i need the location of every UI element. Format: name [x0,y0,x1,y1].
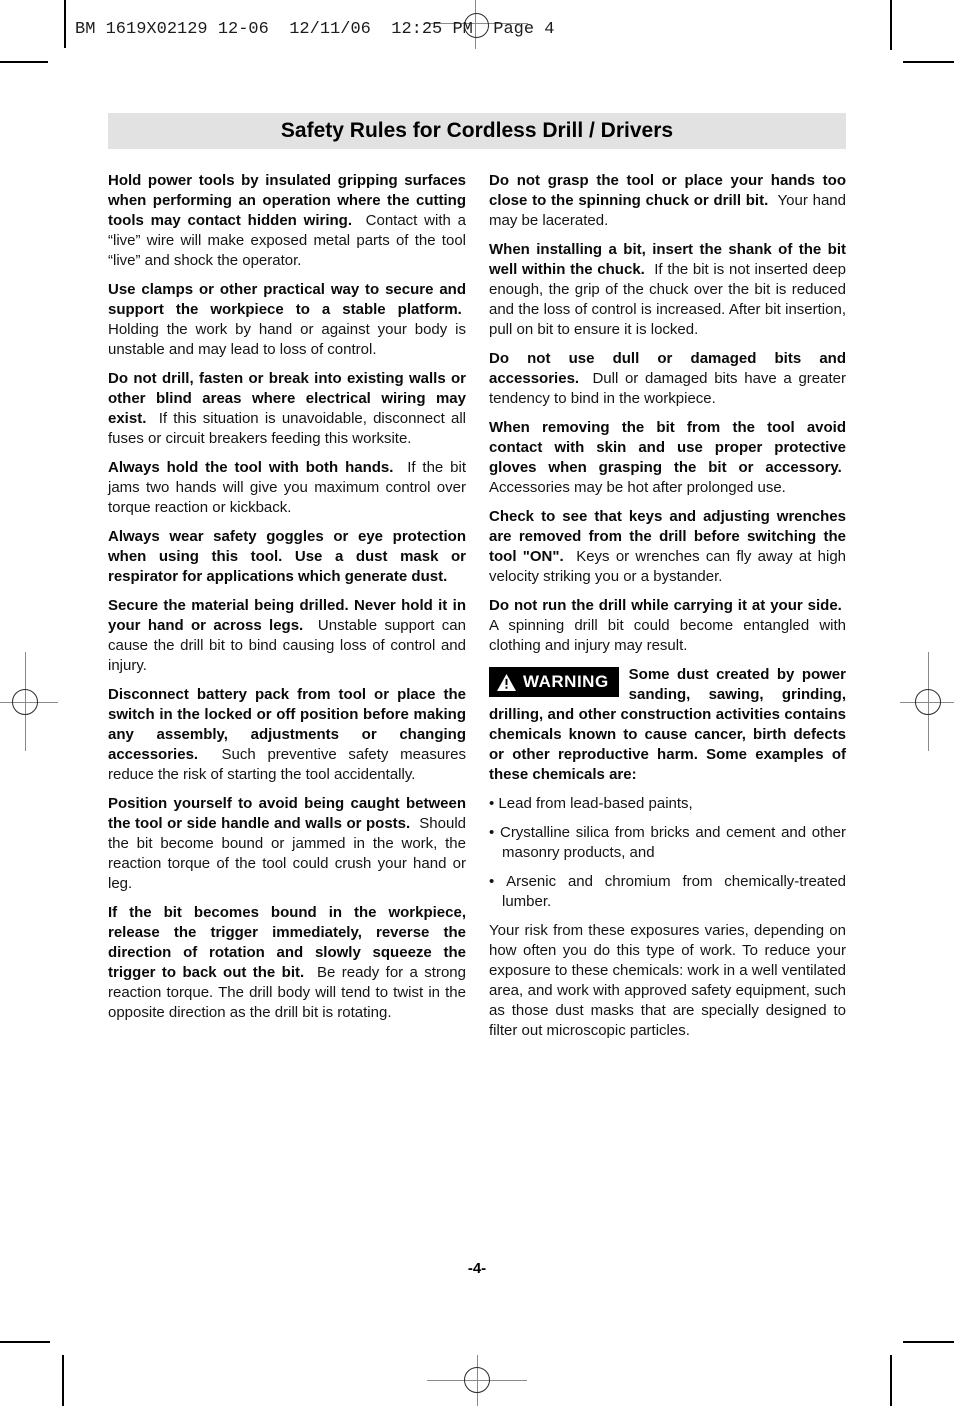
print-job-header: BM 1619X02129 12-06 12/11/06 12:25 PM Pa… [75,20,554,39]
paragraph-lead: When removing the bit from the tool avoi… [489,419,846,476]
paragraph-lead: Position yourself to avoid being caught … [108,795,466,832]
safety-paragraph: Hold power tools by insulated gripping s… [108,171,466,271]
crop-mark-top-left-vertical [64,0,66,48]
safety-paragraph: Position yourself to avoid being caught … [108,794,466,894]
paragraph-body: If this situation is unavoidable, discon… [108,410,466,447]
warning-badge: WARNING [489,667,619,697]
paragraph-lead: Always wear safety goggles or eye protec… [108,528,466,585]
safety-paragraph: When installing a bit, insert the shank … [489,240,846,340]
crop-mark-bottom-right-horizontal [903,1341,954,1343]
paragraph-lead: Always hold the tool with both hands. [108,459,393,476]
chemical-bullet-arsenic: Arsenic and chromium from chemically-tre… [489,872,846,912]
risk-closing-paragraph: Your risk from these exposures varies, d… [489,921,846,1041]
safety-paragraph: Do not grasp the tool or place your hand… [489,171,846,231]
right-column: Do not grasp the tool or place your hand… [489,171,846,1050]
paragraph-body: A spinning drill bit could become entang… [489,617,846,654]
safety-paragraph: Do not drill, fasten or break into exist… [108,369,466,449]
safety-paragraph: Always hold the tool with both hands. If… [108,458,466,518]
safety-paragraph: Do not run the drill while carrying it a… [489,596,846,656]
warning-triangle-icon [497,674,516,691]
crop-mark-top-right-horizontal [903,61,954,63]
safety-paragraph: Secure the material being drilled. Never… [108,596,466,676]
crop-mark-top-left-horizontal [0,61,48,63]
crop-mark-top-right-vertical [890,0,892,50]
safety-paragraph: When removing the bit from the tool avoi… [489,418,846,498]
safety-paragraph: Check to see that keys and adjusting wre… [489,507,846,587]
two-column-layout: Hold power tools by insulated gripping s… [108,171,846,1050]
right-column-paragraphs: Do not grasp the tool or place your hand… [489,171,846,656]
safety-paragraph: Do not use dull or damaged bits and acce… [489,349,846,409]
chemical-bullet-silica: Crystalline silica from bricks and cemen… [489,823,846,863]
crop-mark-bottom-left-horizontal [0,1341,50,1343]
warning-label: WARNING [523,671,609,693]
page-number: -4- [0,1260,954,1277]
safety-paragraph: Always wear safety goggles or eye protec… [108,527,466,587]
page-content: Safety Rules for Cordless Drill / Driver… [108,113,846,1050]
safety-paragraph: Disconnect battery pack from tool or pla… [108,685,466,785]
registration-right-circle [915,689,941,715]
left-column: Hold power tools by insulated gripping s… [108,171,466,1050]
warning-paragraph: WARNING Some dust created by power sandi… [489,665,846,785]
safety-paragraph: If the bit becomes bound in the workpiec… [108,903,466,1023]
paragraph-lead: Use clamps or other practical way to sec… [108,281,466,318]
registration-bottom-circle [464,1367,490,1393]
section-title: Safety Rules for Cordless Drill / Driver… [281,119,673,143]
safety-paragraph: Use clamps or other practical way to sec… [108,280,466,360]
scanned-manual-page: { "print_header": { "text": "BM 1619X021… [0,0,954,1406]
paragraph-body: Holding the work by hand or against your… [108,321,466,358]
crop-mark-bottom-left-vertical [62,1355,64,1406]
chemical-bullet-lead: Lead from lead-based paints, [489,794,846,814]
crop-mark-bottom-right-vertical [890,1355,892,1406]
section-title-bar: Safety Rules for Cordless Drill / Driver… [108,113,846,149]
registration-left-circle [12,689,38,715]
paragraph-lead: Do not run the drill while carrying it a… [489,597,842,614]
paragraph-body: Accessories may be hot after prolonged u… [489,479,786,496]
